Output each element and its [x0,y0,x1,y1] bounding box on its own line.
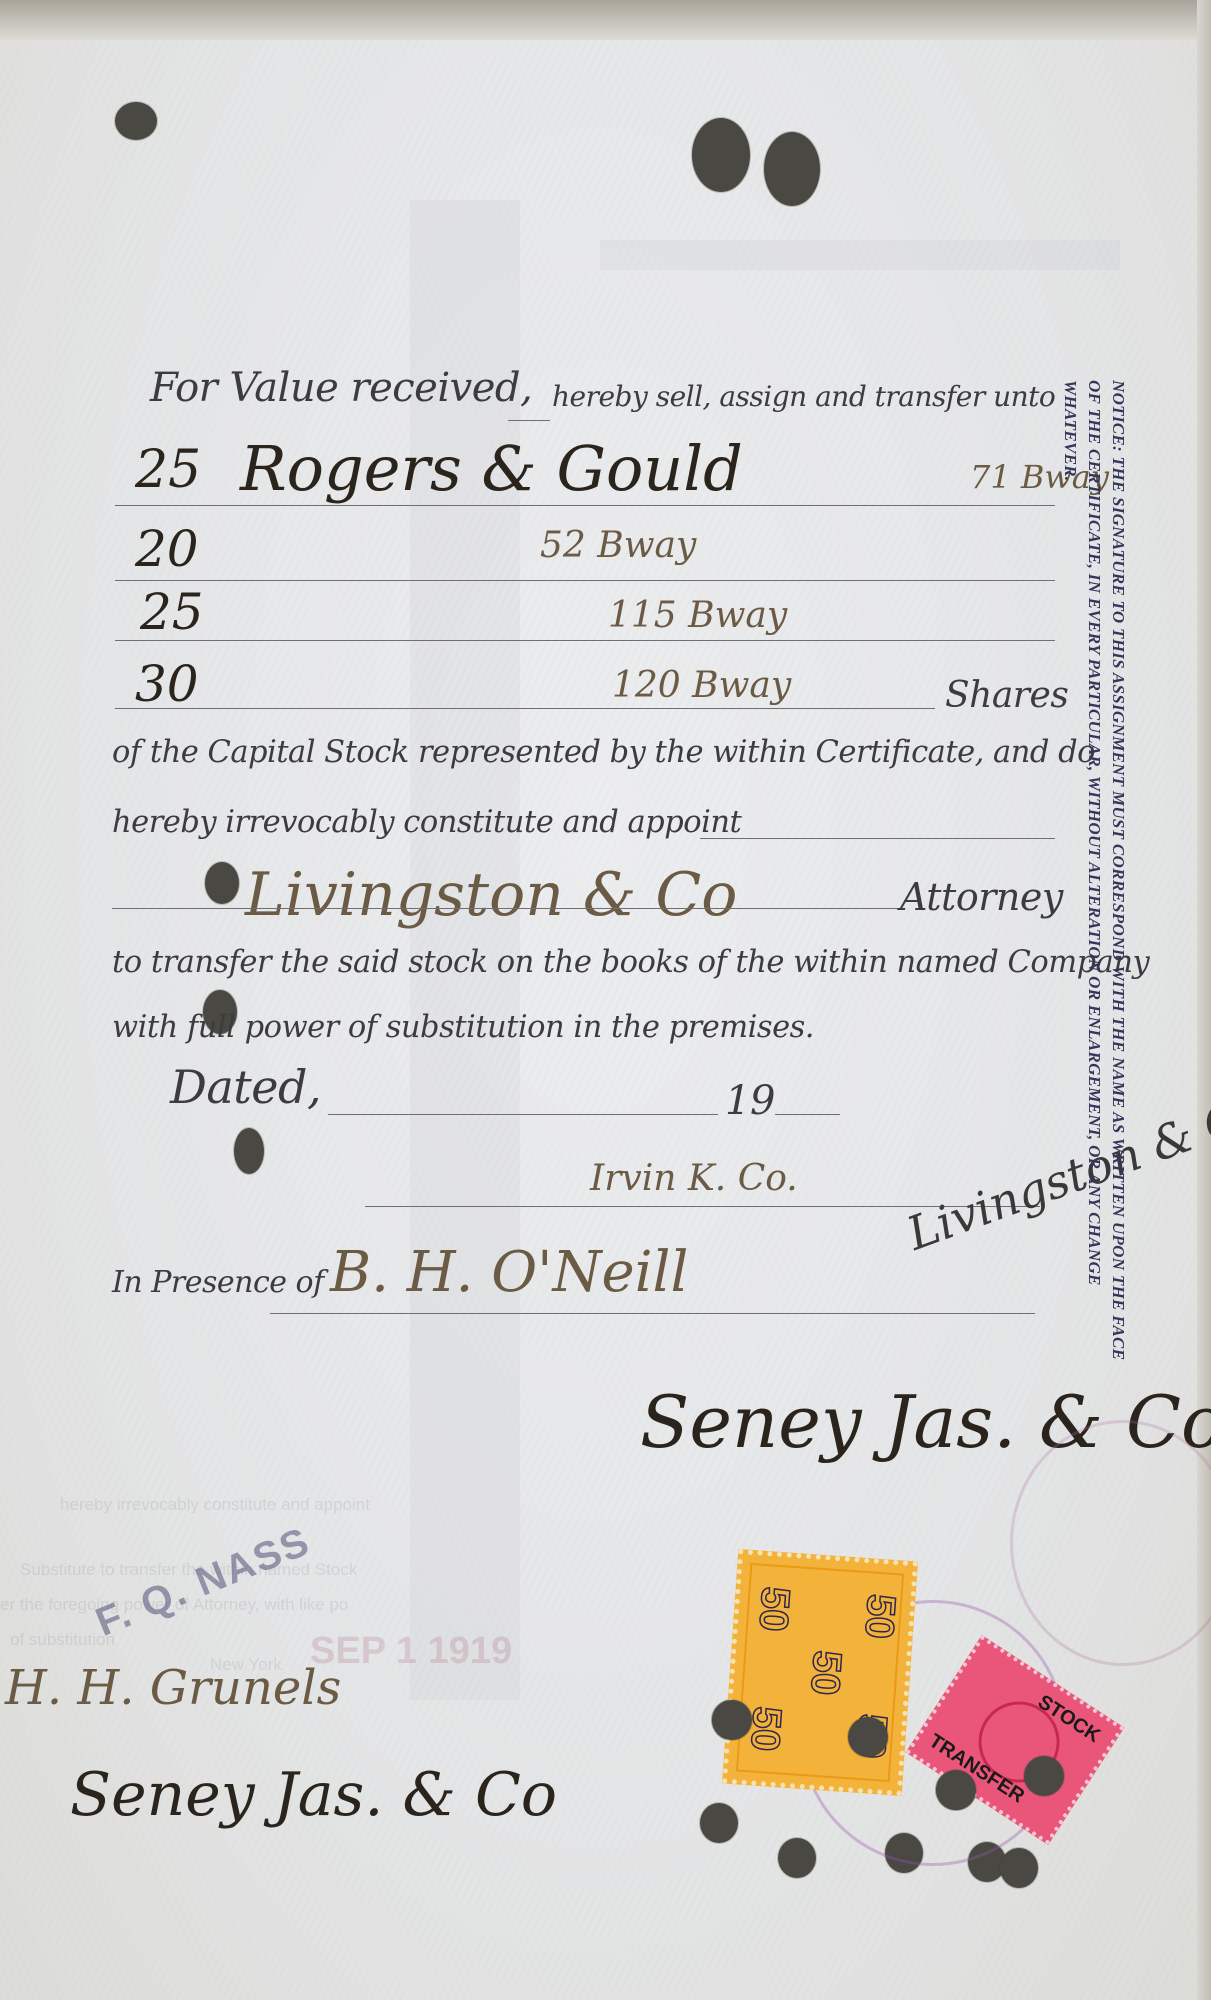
transferee-shares: 25 [135,440,201,500]
year-blank [775,1114,840,1115]
transferee-shares: 20 [135,520,199,578]
bleed-through-panel [600,240,1120,270]
punch-hole [1024,1756,1064,1796]
witness-signature: B. H. O'Neill [330,1240,688,1305]
body-line: to transfer the said stock on the books … [112,945,1149,980]
lower-signature-2: Seney Jas. & Co [70,1760,557,1830]
punch-hole [115,102,157,140]
punch-hole [234,1128,264,1174]
year-prefix: 19 [725,1078,775,1124]
notice-line-2: OF THE CERTIFICATE, IN EVERY PARTICULAR,… [1058,380,1106,1390]
stamp-value: 50 [801,1649,849,1697]
punch-hole [1000,1848,1038,1888]
for-value-received: For Value received, [150,365,532,411]
stamp-value: 50 [750,1585,798,1633]
attorney-label: Attorney [900,875,1063,919]
transferee-address: 120 Bway [612,665,791,706]
ghost-text: of substitution [10,1630,115,1650]
frame-top-edge [0,0,1211,40]
attorney-name: Livingston & Co [245,860,737,930]
body-line: of the Capital Stock represented by the … [112,735,1095,770]
appoint-blank [700,838,1055,839]
punch-hole [764,132,820,206]
body-line: with full power of substitution in the p… [112,1010,814,1045]
transferee-line [115,708,935,709]
punch-hole [712,1700,752,1740]
transferee-line [115,505,1055,506]
transferee-address: 115 Bway [608,595,787,636]
transferee-line [115,640,1055,641]
lower-signature-1: H. H. Grunels [5,1660,341,1716]
transferee-shares: 25 [140,583,204,641]
punch-hole [778,1838,816,1878]
transferee-shares: 30 [135,655,199,713]
punch-hole [692,118,750,192]
punch-hole [936,1770,976,1810]
attorney-line [112,908,902,909]
stamp-value: 50 [855,1593,903,1641]
seller-signature: Irvin K. Co. [590,1158,798,1199]
notice-line-1: NOTICE: THE SIGNATURE TO THIS ASSIGNMENT… [1106,380,1130,1390]
transfer-clause: hereby sell, assign and transfer unto [552,380,1055,413]
body-line: hereby irrevocably constitute and appoin… [112,805,741,840]
witness-label: In Presence of [112,1265,324,1300]
signature-notice: NOTICE: THE SIGNATURE TO THIS ASSIGNMENT… [1058,380,1130,1390]
date-blank [328,1114,718,1115]
transferee-address: 52 Bway [540,525,696,566]
transferee-line [115,580,1055,581]
orange-tax-stamp: 50 50 50 50 50 [722,1549,918,1796]
seller-blank [508,420,550,421]
transferee-name: Rogers & Gould [240,432,743,505]
punch-hole [205,862,239,904]
punch-hole [848,1717,888,1757]
witness-line [270,1313,1035,1314]
frame-right-edge [1197,0,1211,2000]
punch-hole [700,1803,738,1843]
dated-label: Dated, [170,1060,321,1114]
shares-label: Shares [945,675,1068,716]
ghost-text: hereby irrevocably constitute and appoin… [60,1495,370,1515]
